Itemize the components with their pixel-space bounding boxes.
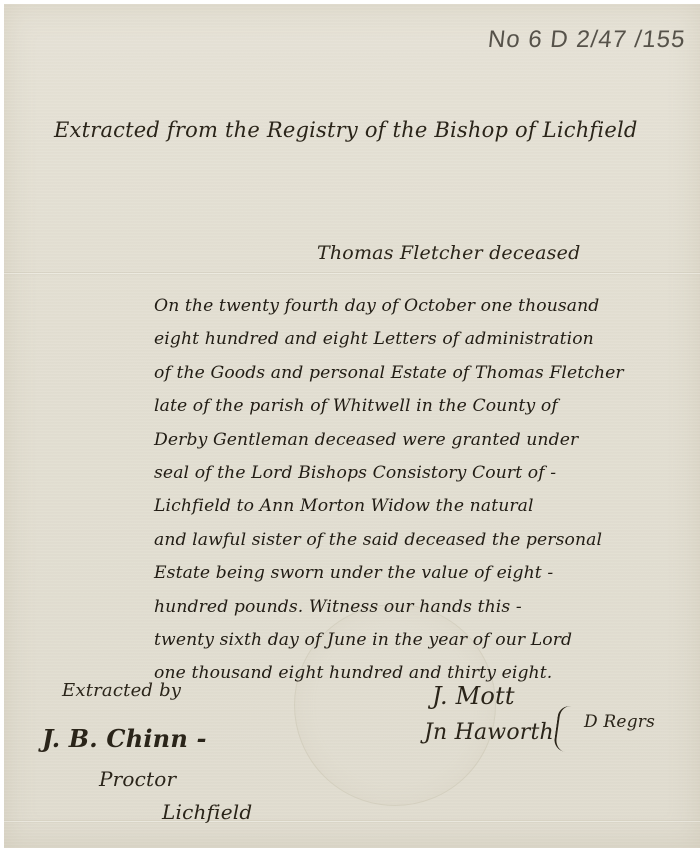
body-line: seal of the Lord Bishops Consistory Cour… xyxy=(154,457,699,490)
body-line: and lawful sister of the said deceased t… xyxy=(154,524,699,557)
registrar-role: D Regrs xyxy=(584,712,655,732)
proctor-signature: J. B. Chinn - xyxy=(42,724,207,753)
fold-line xyxy=(4,820,700,823)
fold-line xyxy=(4,272,700,275)
proctor-place: Lichfield xyxy=(162,800,252,824)
body-line: Estate being sworn under the value of ei… xyxy=(154,557,699,590)
body-line: hundred pounds. Witness our hands this - xyxy=(154,591,699,624)
body-line: of the Goods and personal Estate of Thom… xyxy=(154,357,699,390)
document-heading: Extracted from the Registry of the Bisho… xyxy=(54,118,638,142)
registrar-signature-mott: J. Mott xyxy=(432,682,515,710)
reference-number: No 6 D 2/47 /155 xyxy=(487,26,687,54)
registrar-signature-haworth: Jn Haworth xyxy=(424,720,554,745)
body-line: one thousand eight hundred and thirty ei… xyxy=(154,657,699,690)
extracted-by-label: Extracted by xyxy=(62,680,181,701)
body-line: Derby Gentleman deceased were granted un… xyxy=(154,424,699,457)
body-line: On the twenty fourth day of October one … xyxy=(154,290,699,323)
body-line: late of the parish of Whitwell in the Co… xyxy=(154,390,699,423)
proctor-title: Proctor xyxy=(99,767,176,791)
body-line: eight hundred and eight Letters of admin… xyxy=(154,323,699,356)
brace-mark xyxy=(553,705,583,754)
subject-line: Thomas Fletcher deceased xyxy=(317,242,580,264)
document-body: On the twenty fourth day of October one … xyxy=(154,290,699,691)
body-line: Lichfield to Ann Morton Widow the natura… xyxy=(154,490,699,523)
document-page: No 6 D 2/47 /155 Extracted from the Regi… xyxy=(4,4,700,848)
body-line: twenty sixth day of June in the year of … xyxy=(154,624,699,657)
